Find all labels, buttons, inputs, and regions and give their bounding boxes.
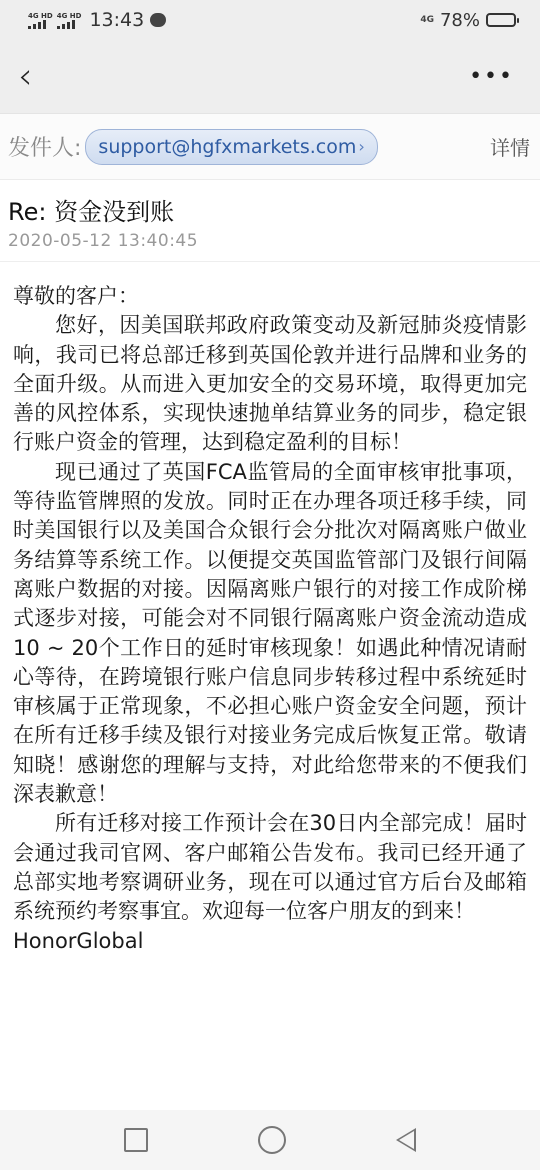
- greeting: 尊敬的客户：: [13, 282, 527, 311]
- sender-label: 发件人:: [8, 131, 81, 162]
- chevron-right-icon: ›: [358, 137, 364, 156]
- recent-apps-icon[interactable]: [124, 1128, 148, 1152]
- paragraph-2: 现已通过了英国FCA监管局的全面审核审批事项，等待监管牌照的发放。同时正在办理各…: [13, 458, 527, 810]
- paragraph-3: 所有迁移对接工作预计会在30日内全部完成！届时会通过我司官网、客户邮箱公告发布。…: [13, 809, 527, 926]
- signal-icon-sim1: 4G HD: [28, 12, 53, 29]
- signal-icon-sim2: 4G HD: [57, 12, 82, 29]
- paragraph-1: 您好，因美国联邦政府政策变动及新冠肺炎疫情影响，我司已将总部迁移到英国伦敦并进行…: [13, 311, 527, 457]
- sender-row: 发件人: support@hgfxmarkets.com › 详情: [0, 114, 540, 180]
- back-triangle-icon[interactable]: [396, 1128, 416, 1152]
- email-subject: Re: 资金没到账: [8, 192, 532, 227]
- email-body: 尊敬的客户： 您好，因美国联邦政府政策变动及新冠肺炎疫情影响，我司已将总部迁移到…: [0, 262, 540, 956]
- home-icon[interactable]: [258, 1126, 286, 1154]
- system-nav-bar: [0, 1110, 540, 1170]
- battery-percent: 78%: [440, 10, 480, 31]
- battery-icon: [486, 13, 516, 27]
- back-arrow-icon[interactable]: ‹: [18, 56, 32, 97]
- top-nav-bar: ‹ •••: [0, 40, 540, 114]
- sender-chip[interactable]: support@hgfxmarkets.com ›: [85, 129, 377, 165]
- email-header: Re: 资金没到账 2020-05-12 13:40:45: [0, 180, 540, 262]
- email-date: 2020-05-12 13:40:45: [8, 231, 532, 251]
- clock: 13:43: [89, 9, 144, 31]
- more-options-icon[interactable]: •••: [469, 64, 514, 89]
- network-type-icon: 4G: [420, 15, 434, 25]
- details-link[interactable]: 详情: [490, 132, 530, 161]
- signature: HonorGlobal: [13, 927, 527, 956]
- sender-address: support@hgfxmarkets.com: [98, 136, 356, 158]
- wechat-notification-icon: [150, 13, 166, 27]
- status-bar: 4G HD 4G HD 13:43 4G 78%: [0, 0, 540, 40]
